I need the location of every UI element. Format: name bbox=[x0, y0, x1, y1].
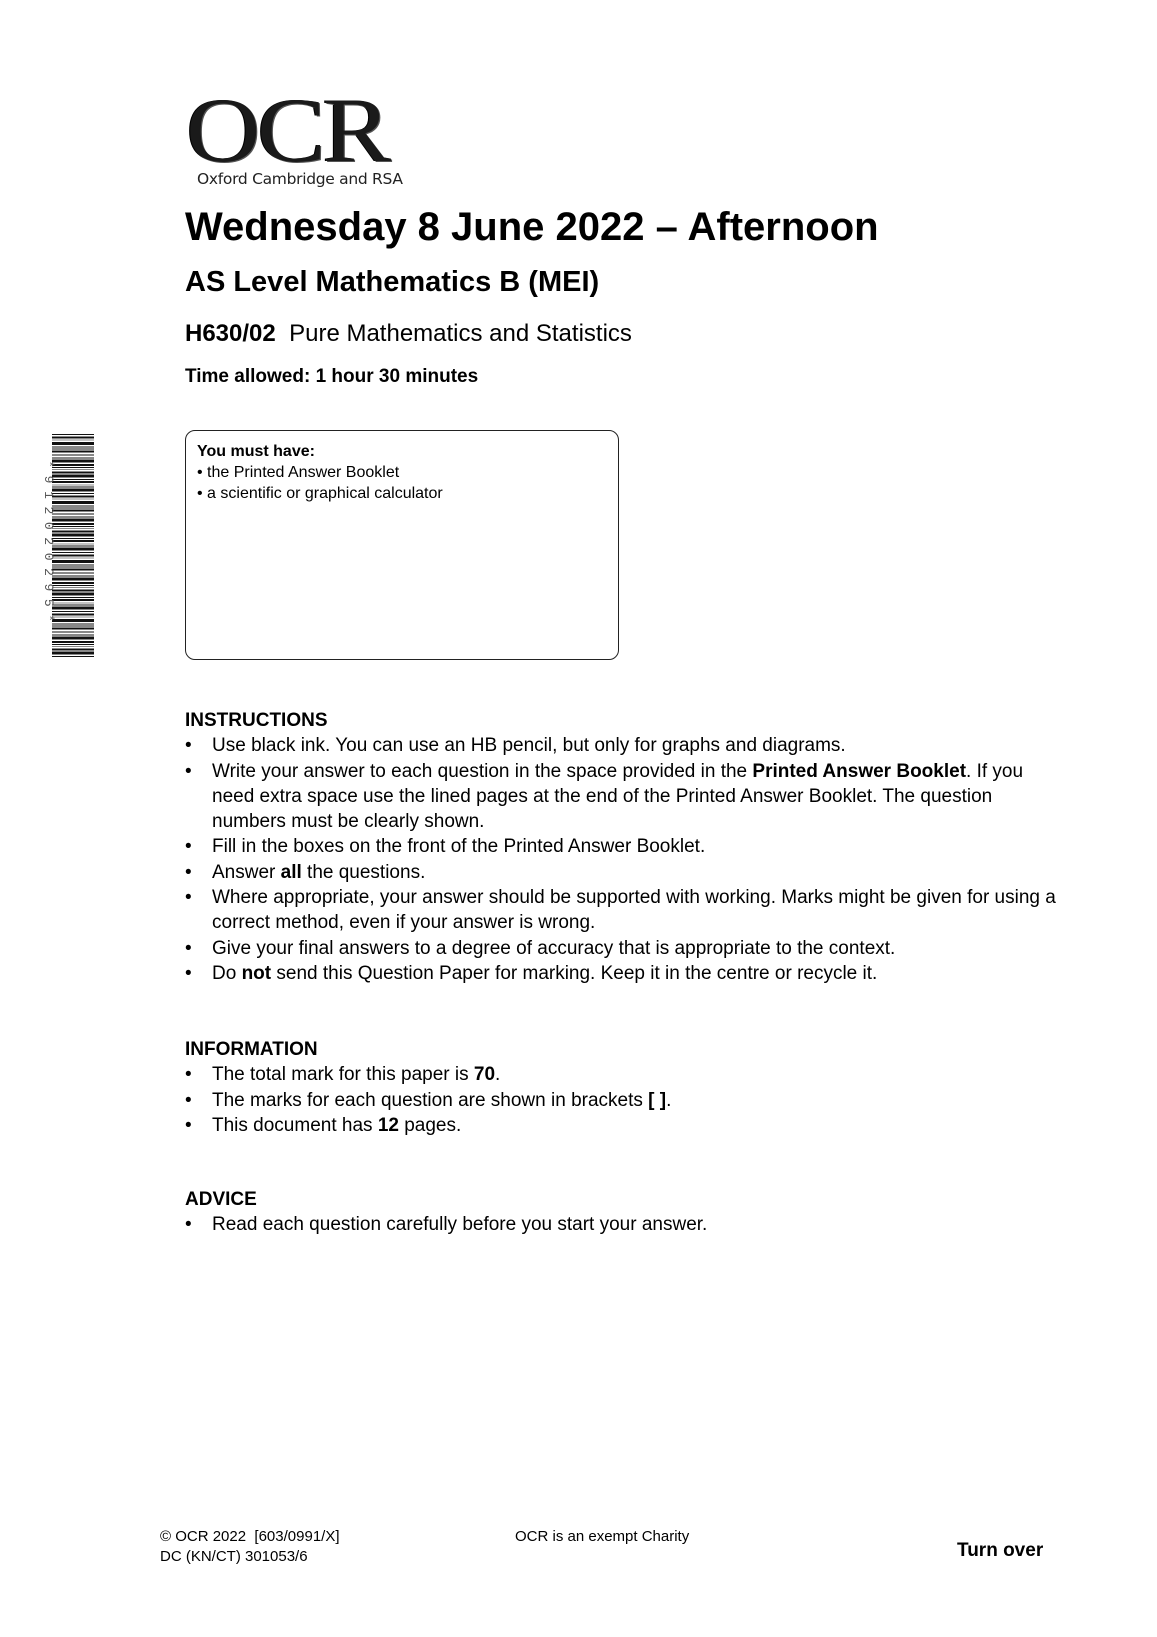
must-have-item: • the Printed Answer Booklet bbox=[197, 462, 607, 483]
bullet-icon: • bbox=[185, 936, 192, 961]
bullet-icon: • bbox=[185, 1212, 192, 1237]
copyright: © OCR 2022 [603/0991/X] bbox=[160, 1528, 340, 1545]
logo-tagline: Oxford Cambridge and RSA bbox=[197, 170, 403, 188]
paper-code: H630/02 bbox=[185, 320, 276, 347]
advice-heading: ADVICE bbox=[185, 1187, 1065, 1212]
list-item: •The marks for each question are shown i… bbox=[185, 1088, 1065, 1113]
list-item: •Read each question carefully before you… bbox=[185, 1212, 1065, 1237]
information-list: •The total mark for this paper is 70.•Th… bbox=[185, 1062, 1065, 1138]
document-reference: DC (KN/CT) 301053/6 bbox=[160, 1548, 308, 1565]
qualification-title: AS Level Mathematics B (MEI) bbox=[185, 265, 599, 299]
bullet-icon: • bbox=[185, 834, 192, 859]
list-item: •Where appropriate, your answer should b… bbox=[185, 885, 1065, 936]
list-item: •Fill in the boxes on the front of the P… bbox=[185, 834, 1065, 859]
footer-copyright-block: © OCR 2022 [603/0991/X] DC (KN/CT) 30105… bbox=[160, 1527, 340, 1567]
ocr-logo: OCR Oxford Cambridge and RSA bbox=[186, 90, 426, 190]
list-item: •Give your final answers to a degree of … bbox=[185, 936, 1065, 961]
list-item: •Answer all the questions. bbox=[185, 860, 1065, 885]
charity-notice: OCR is an exempt Charity bbox=[515, 1527, 689, 1547]
bullet-icon: • bbox=[185, 759, 192, 784]
instructions-heading: INSTRUCTIONS bbox=[185, 708, 1065, 733]
barcode-bars bbox=[52, 434, 94, 658]
bullet-icon: • bbox=[185, 885, 192, 910]
must-have-heading: You must have: bbox=[197, 441, 607, 462]
instructions-list: •Use black ink. You can use an HB pencil… bbox=[185, 733, 1065, 986]
list-item: •This document has 12 pages. bbox=[185, 1113, 1065, 1138]
advice-list: •Read each question carefully before you… bbox=[185, 1212, 1065, 1237]
must-have-item: • a scientific or graphical calculator bbox=[197, 483, 607, 504]
information-heading: INFORMATION bbox=[185, 1037, 1065, 1062]
information-section: INFORMATION •The total mark for this pap… bbox=[185, 1037, 1065, 1138]
bullet-icon: • bbox=[185, 860, 192, 885]
bullet-icon: • bbox=[185, 1088, 192, 1113]
barcode: *912020295* bbox=[40, 434, 96, 658]
bullet-icon: • bbox=[185, 1113, 192, 1138]
paper-code-line: H630/02 Pure Mathematics and Statistics bbox=[185, 320, 632, 348]
logo-wordmark: OCR bbox=[186, 84, 388, 176]
paper-name: Pure Mathematics and Statistics bbox=[289, 320, 632, 347]
instructions-section: INSTRUCTIONS •Use black ink. You can use… bbox=[185, 708, 1065, 986]
barcode-digits: *912020295* bbox=[41, 433, 55, 657]
turn-over-label: Turn over bbox=[957, 1540, 1043, 1562]
exam-date-title: Wednesday 8 June 2022 – Afternoon bbox=[185, 204, 879, 250]
list-item: •Use black ink. You can use an HB pencil… bbox=[185, 733, 1065, 758]
list-item: •Write your answer to each question in t… bbox=[185, 759, 1065, 835]
bullet-icon: • bbox=[185, 1062, 192, 1087]
bullet-icon: • bbox=[185, 733, 192, 758]
bullet-icon: • bbox=[185, 961, 192, 986]
list-item: •Do not send this Question Paper for mar… bbox=[185, 961, 1065, 986]
must-have-box: You must have: • the Printed Answer Book… bbox=[185, 430, 619, 660]
advice-section: ADVICE •Read each question carefully bef… bbox=[185, 1187, 1065, 1238]
time-allowed: Time allowed: 1 hour 30 minutes bbox=[185, 366, 478, 388]
list-item: •The total mark for this paper is 70. bbox=[185, 1062, 1065, 1087]
